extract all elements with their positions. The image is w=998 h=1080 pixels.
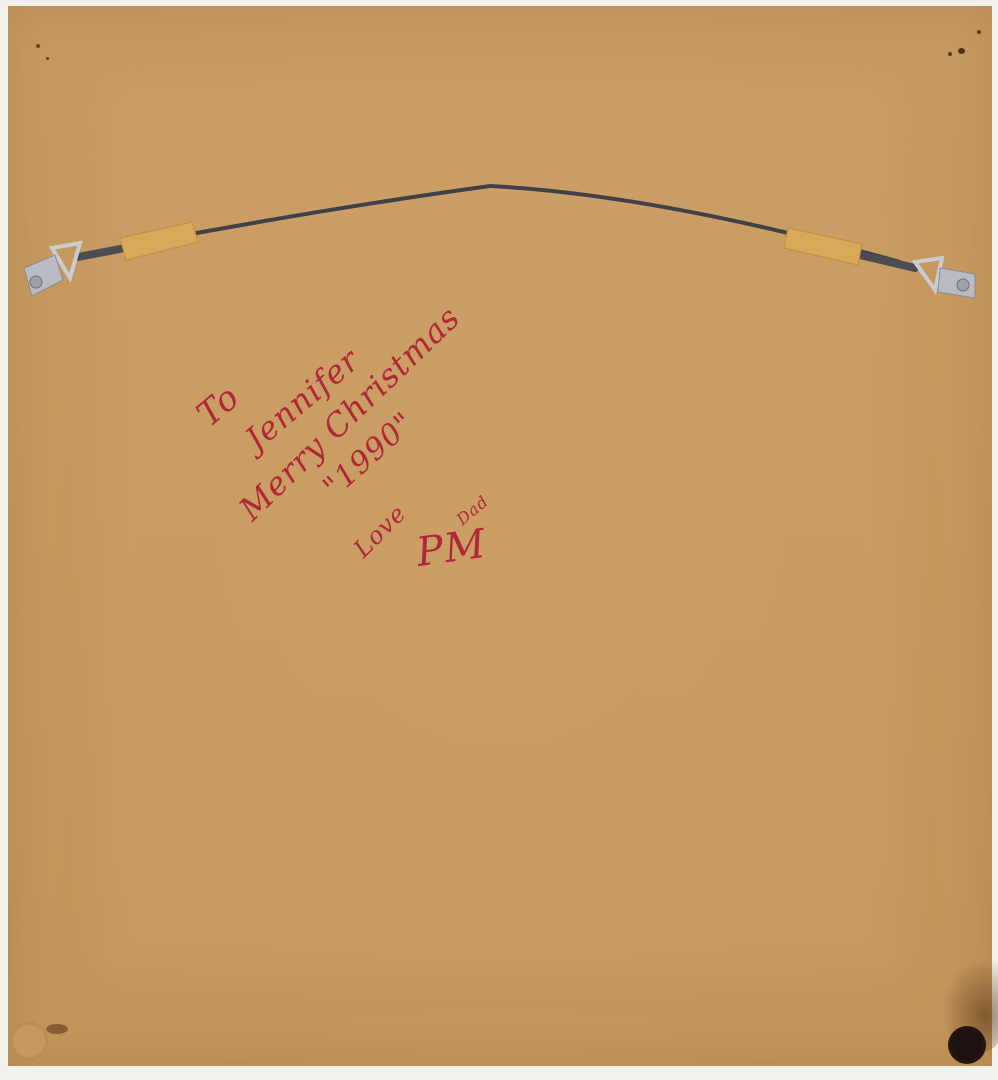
handwritten-inscription: To Jennifer Merry Christmas "1990" Love … [0,0,998,1080]
inscription-signature: PM [414,521,490,576]
inscription-love: Love [348,499,412,563]
